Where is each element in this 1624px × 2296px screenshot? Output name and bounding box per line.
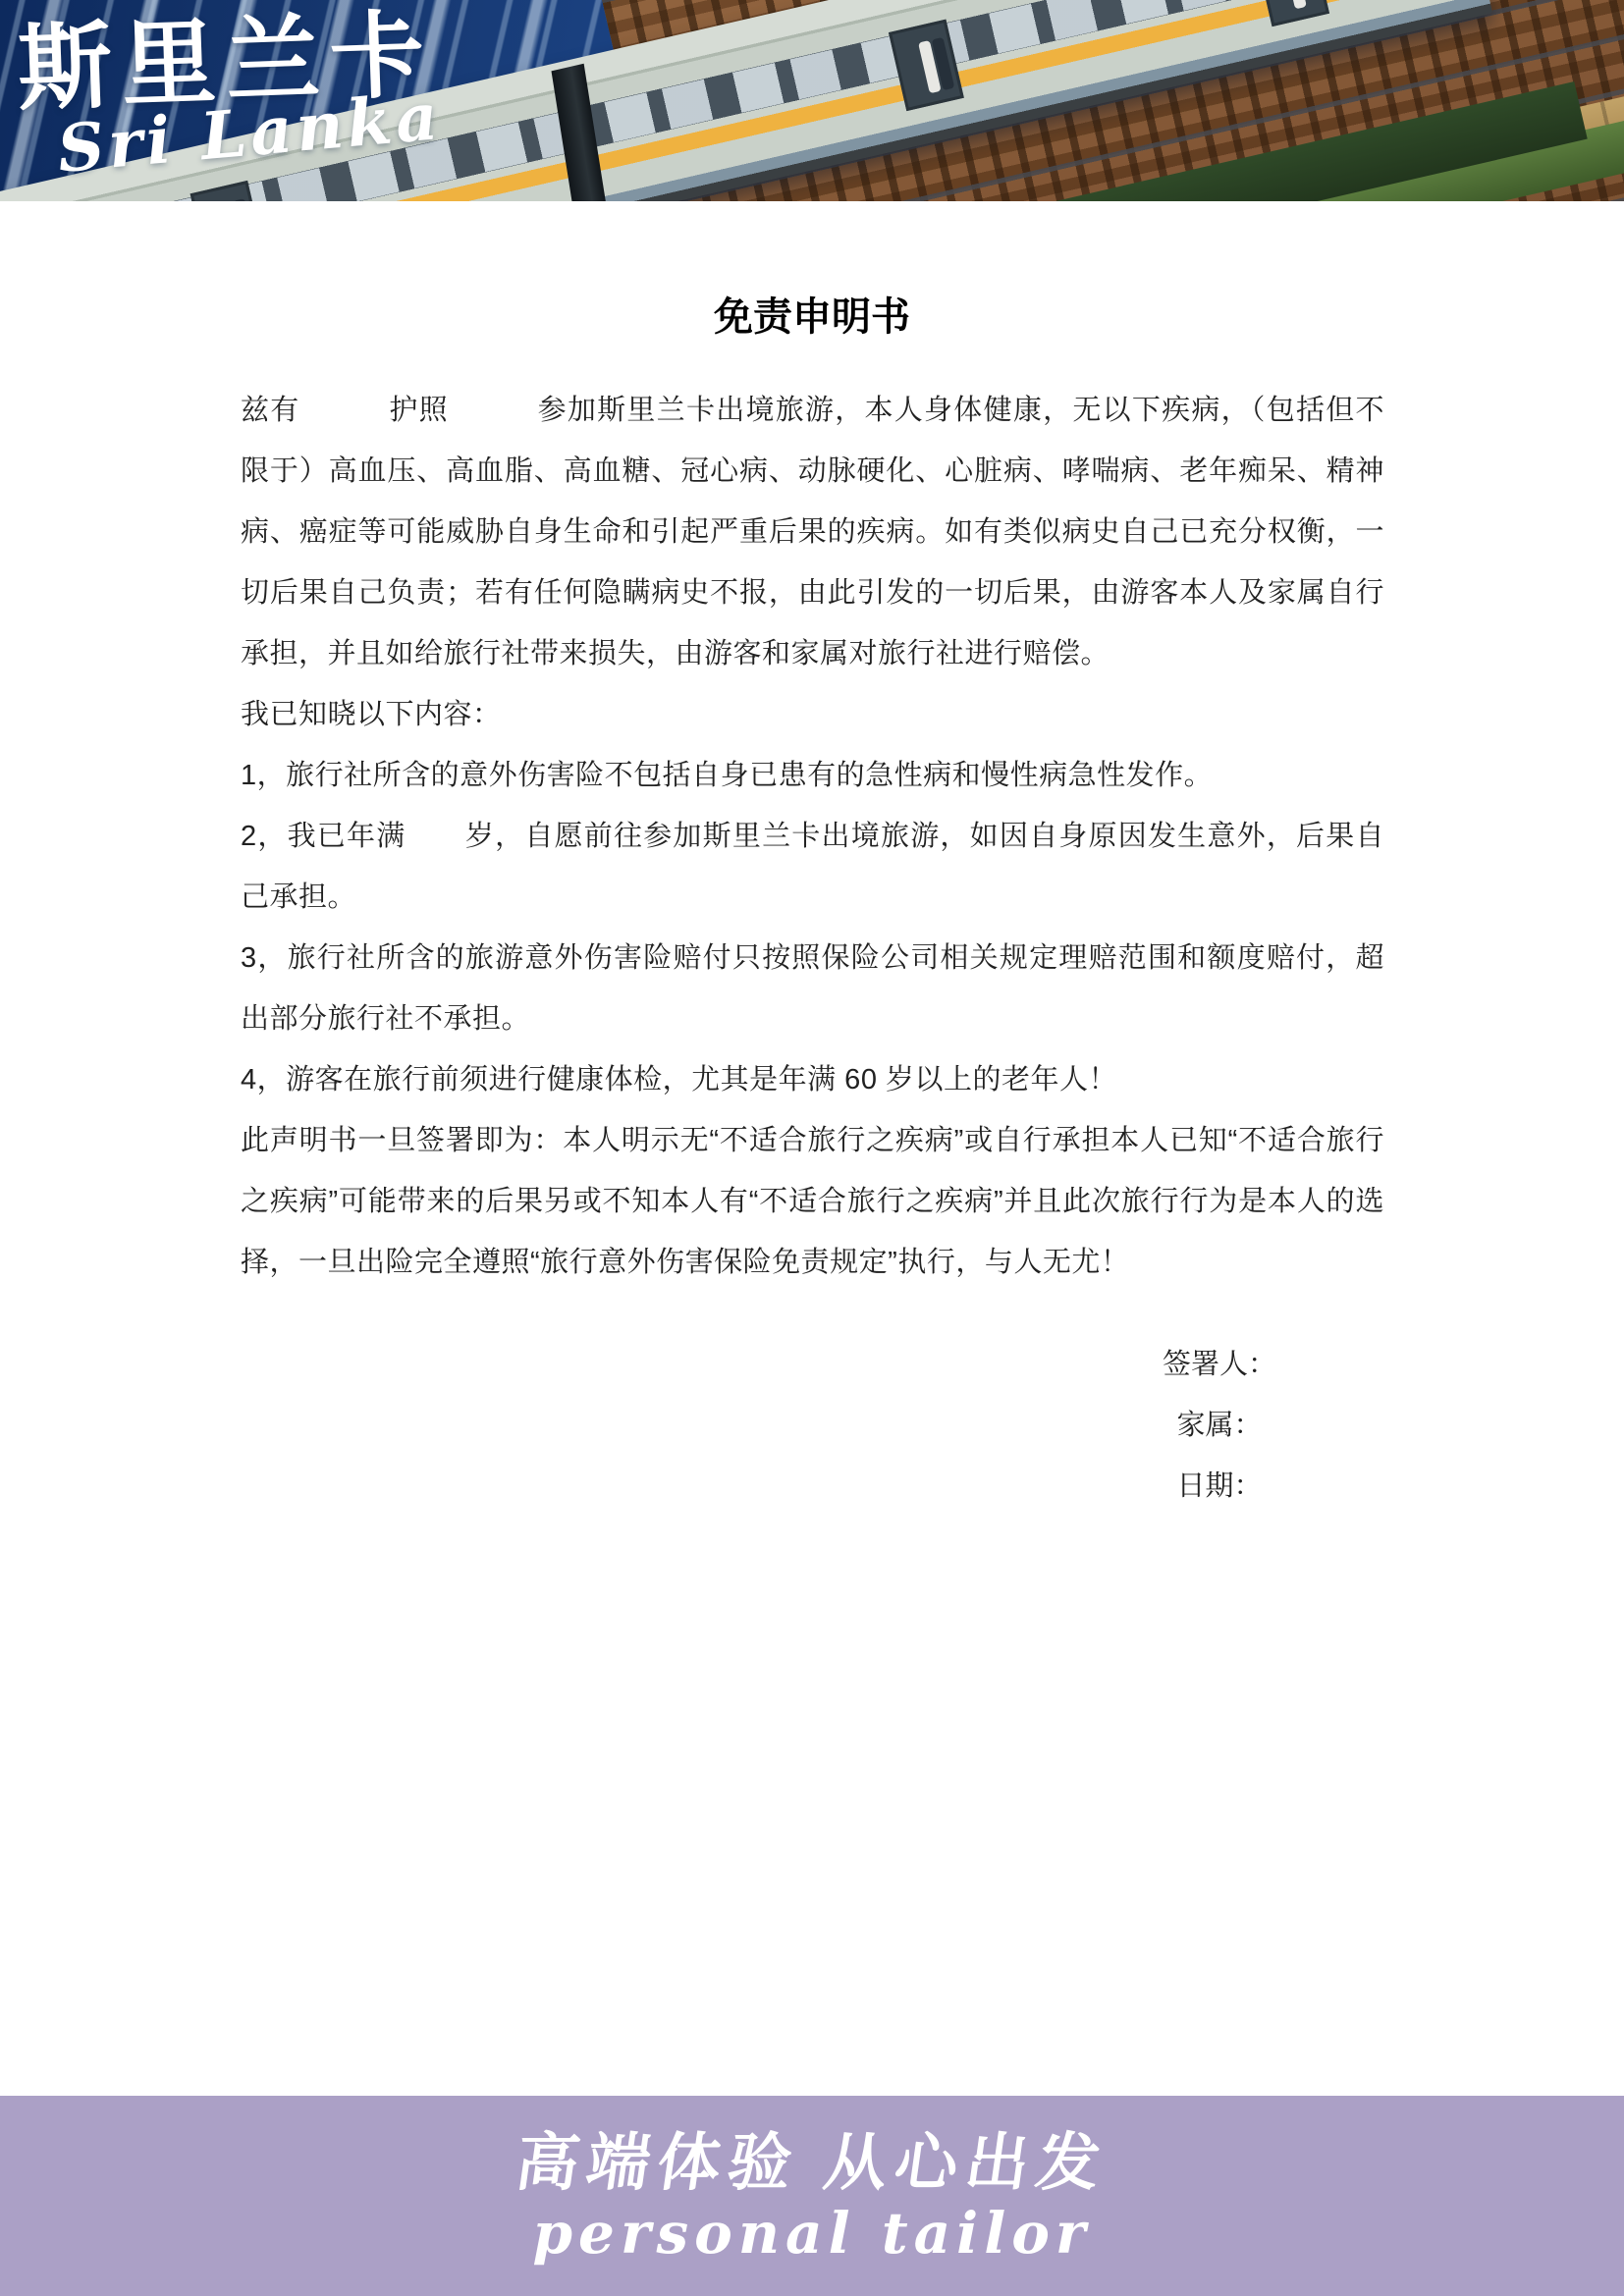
disclaimer-page: 斯里兰卡 Sri Lanka 免责申明书 兹有 护照 参加斯里兰卡出境旅游，本人… — [0, 0, 1624, 2296]
disclaimer-paragraph: 2，我已年满 岁，自愿前往参加斯里兰卡出境旅游，如因自身原因发生意外，后果自己承… — [241, 806, 1384, 928]
disclaimer-paragraph: 3，旅行社所含的旅游意外伤害险赔付只按照保险公司相关规定理赔范围和额度赔付，超出… — [241, 928, 1384, 1049]
disclaimer-paragraph: 4，游客在旅行前须进行健康体检，尤其是年满 60 岁以上的老年人！ — [241, 1049, 1384, 1110]
disclaimer-text: 兹有 护照 参加斯里兰卡出境旅游，本人身体健康，无以下疾病，（包括但不限于）高血… — [241, 380, 1384, 1293]
date-label: 日期： — [1131, 1456, 1308, 1517]
passenger-figure — [1283, 0, 1307, 9]
signature-block: 签署人： 家属： 日期： — [1131, 1334, 1308, 1517]
footer-slogan-chinese: 高端体验 从心出发 — [512, 2128, 1112, 2197]
header-photo-banner: 斯里兰卡 Sri Lanka — [0, 0, 1624, 201]
signer-label: 签署人： — [1131, 1334, 1308, 1395]
footer-slogan-english: personal tailor — [532, 2204, 1091, 2264]
disclaimer-paragraph: 1，旅行社所含的意外伤害险不包括自身已患有的急性病和慢性病急性发作。 — [241, 745, 1384, 806]
disclaimer-paragraph: 我已知晓以下内容： — [241, 684, 1384, 745]
disclaimer-paragraph: 此声明书一旦签署即为：本人明示无“不适合旅行之疾病”或自行承担本人已知“不适合旅… — [241, 1110, 1384, 1293]
page-title: 免责申明书 — [241, 292, 1383, 343]
footer-banner: 高端体验 从心出发 personal tailor — [0, 2096, 1624, 2296]
train-door — [1254, 0, 1329, 27]
family-label: 家属： — [1131, 1395, 1308, 1456]
disclaimer-paragraph: 兹有 护照 参加斯里兰卡出境旅游，本人身体健康，无以下疾病，（包括但不限于）高血… — [241, 380, 1384, 684]
